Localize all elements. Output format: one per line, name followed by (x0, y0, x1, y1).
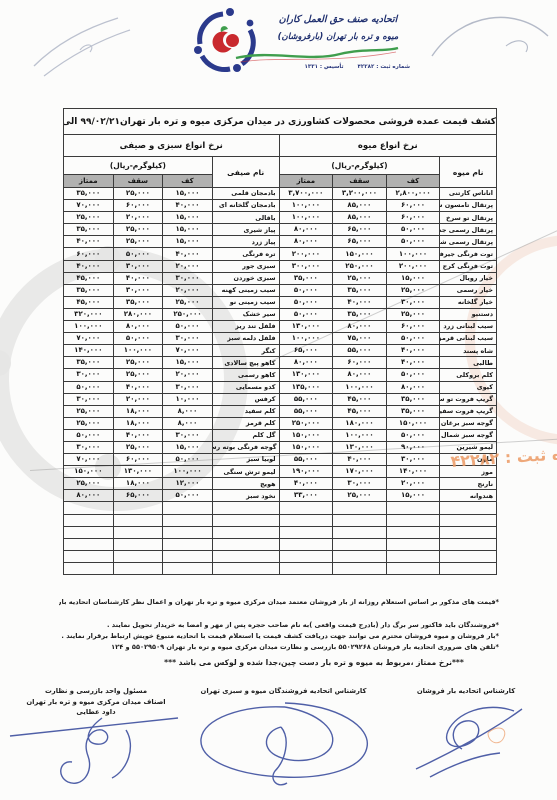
fruit-floor-cell: ۵۰,۰۰۰ (386, 333, 440, 345)
fruit-premium-cell: ۵۵,۰۰۰ (279, 405, 333, 417)
fruit-premium-cell (279, 526, 333, 538)
fruit-name-cell: پرتقال تو سرخ (440, 212, 497, 224)
fruit-ceiling-cell (333, 502, 387, 514)
veg-ceiling-cell: ۱۸,۰۰۰ (113, 478, 163, 490)
veg-floor-cell: ۳۰,۰۰۰ (163, 272, 213, 284)
veg-premium-cell: ۲۵,۰۰۰ (64, 212, 114, 224)
veg-ceiling-cell: ۲۸۰,۰۰۰ (113, 308, 163, 320)
fruit-floor-header: کف (386, 175, 440, 188)
veg-name-cell: فلفل دلمه سبز (212, 333, 279, 345)
veg-ceiling-cell: ۲۵,۰۰۰ (113, 357, 163, 369)
pen-scrawl (428, 2, 554, 72)
veg-ceiling-cell (113, 502, 163, 514)
veg-floor-cell (163, 562, 213, 574)
veg-premium-cell: ۷۰,۰۰۰ (64, 200, 114, 212)
established-year: تأسیس : ۱۳۳۱ (305, 64, 344, 70)
veg-name-cell: کنگر (212, 345, 279, 357)
veg-floor-cell: ۸,۰۰۰ (163, 405, 213, 417)
fruit-ceiling-cell (333, 550, 387, 562)
fruit-premium-header: ممتاز (279, 175, 333, 188)
veg-name-cell: بادمجان قلمی (212, 188, 279, 200)
fruit-premium-cell (279, 502, 333, 514)
fruit-ceiling-cell: ۸۰,۰۰۰ (333, 369, 387, 381)
fruit-premium-cell: ۳۳,۰۰۰ (279, 490, 333, 502)
veg-unit-label: (کیلوگرم-ریال) (64, 157, 213, 175)
veg-floor-cell (163, 526, 213, 538)
fruit-floor-cell: ۱۵۰,۰۰۰ (386, 417, 440, 429)
table-row (64, 538, 497, 550)
veg-premium-cell: ۴۵,۰۰۰ (64, 272, 114, 284)
veg-floor-cell: ۳۰,۰۰۰ (163, 381, 213, 393)
fruit-premium-cell: ۱۰۰,۰۰۰ (279, 333, 333, 345)
veg-premium-cell: ۱۵۰,۰۰۰ (64, 466, 114, 478)
fruit-ceiling-cell: ۴۰,۰۰۰ (333, 296, 387, 308)
fruit-ceiling-cell: ۸۵,۰۰۰ (333, 212, 387, 224)
fruit-premium-cell (279, 538, 333, 550)
veg-floor-cell: ۳۰,۰۰۰ (163, 333, 213, 345)
fruit-floor-cell (386, 514, 440, 526)
veg-floor-cell: ۲۵,۰۰۰ (163, 296, 213, 308)
fruit-name-cell: گریپ فروت تو سرخ (440, 393, 497, 405)
veg-floor-cell: ۵۰,۰۰۰ (163, 454, 213, 466)
org-name-line1: اتحادیه صنف حق العمل کاران (268, 14, 408, 25)
fruit-ceiling-cell: ۳۰,۰۰۰ (333, 478, 387, 490)
veg-ceiling-cell: ۸۰,۰۰۰ (113, 321, 163, 333)
veg-name-cell: کرفس (212, 393, 279, 405)
veg-name-cell (212, 562, 279, 574)
veg-premium-cell: ۳۰,۰۰۰ (64, 441, 114, 453)
veg-premium-cell: ۳۰,۰۰۰ (64, 369, 114, 381)
signature-caption-line2: اصناف میدان مرکزی میوه و تره بار تهران (16, 697, 176, 708)
fruit-name-cell: کیوی (440, 381, 497, 393)
veg-premium-cell (64, 550, 114, 562)
signature-block-right: کارشناس اتحادیه بار فروشان (391, 686, 541, 798)
fruit-name-cell: کلم بروکلی (440, 369, 497, 381)
veg-ceiling-cell: ۲۵,۰۰۰ (113, 369, 163, 381)
fruit-name-cell: گریپ فروت سفید (440, 405, 497, 417)
fruit-name-cell: پرتقال رسمی شمال (440, 236, 497, 248)
veg-premium-cell: ۳۵,۰۰۰ (64, 188, 114, 200)
fruit-premium-cell: ۸۰,۰۰۰ (279, 357, 333, 369)
table-row (64, 526, 497, 538)
footnotes: *قیمت های مذکور بر اساس استعلام روزانه ا… (59, 597, 499, 668)
table-row: هندوانه۱۵,۰۰۰۲۵,۰۰۰۳۳,۰۰۰نخود سبز۵۰,۰۰۰۶… (64, 490, 497, 502)
fruit-name-cell: طالبی (440, 357, 497, 369)
table-row: پرتقال تو سرخ۶۰,۰۰۰۸۵,۰۰۰۱۰۰,۰۰۰باقالی۱۵… (64, 212, 497, 224)
fruit-premium-cell: ۱۰۰,۰۰۰ (279, 200, 333, 212)
fruit-premium-cell: ۲۵۰,۰۰۰ (279, 417, 333, 429)
veg-floor-cell: ۱۵,۰۰۰ (163, 224, 213, 236)
veg-floor-cell (163, 502, 213, 514)
veg-name-cell: لوبیا سبز (212, 454, 279, 466)
fruit-ceiling-cell: ۱۳۰,۰۰۰ (333, 441, 387, 453)
veg-ceiling-cell: ۴۰,۰۰۰ (113, 381, 163, 393)
fruit-premium-cell: ۵۵,۰۰۰ (279, 454, 333, 466)
fruit-premium-cell: ۱۳۵,۰۰۰ (279, 381, 333, 393)
fruit-name-cell: دستنبو (440, 308, 497, 320)
document-title: کشف قیمت عمده فروشی محصولات کشاورزی در م… (64, 109, 497, 135)
veg-ceiling-cell: ۲۰,۰۰۰ (113, 212, 163, 224)
fruit-ceiling-cell: ۱۸۰,۰۰۰ (333, 417, 387, 429)
table-row: توت فرنگی جیرفت۱۰۰,۰۰۰۱۵۰,۰۰۰۲۰۰,۰۰۰تره … (64, 248, 497, 260)
veg-name-cell: کاهو پیچ سالادی (212, 357, 279, 369)
veg-premium-cell: ۷۰,۰۰۰ (64, 454, 114, 466)
veg-name-cell: سیب زمینی کهنه (212, 284, 279, 296)
veg-premium-cell (64, 514, 114, 526)
veg-name-cell: گوجه فرنگی بوته رس (212, 441, 279, 453)
veg-premium-cell (64, 502, 114, 514)
fruit-ceiling-cell: ۲۵,۰۰۰ (333, 272, 387, 284)
veg-floor-cell: ۳۰,۰۰۰ (163, 429, 213, 441)
veg-premium-cell: ۷۰,۰۰۰ (64, 333, 114, 345)
fruit-floor-cell: ۴۰,۰۰۰ (386, 345, 440, 357)
veg-ceiling-cell: ۳۰,۰۰۰ (113, 260, 163, 272)
fruit-name-cell: نارنج (440, 478, 497, 490)
veg-name-cell (212, 502, 279, 514)
veg-name-header: نام صیفی (212, 157, 279, 188)
fruit-floor-cell: ۳۵,۰۰۰ (386, 405, 440, 417)
veg-ceiling-cell (113, 514, 163, 526)
fruit-premium-cell: ۵۰,۰۰۰ (279, 296, 333, 308)
veg-premium-cell: ۳۵,۰۰۰ (64, 224, 114, 236)
veg-name-cell (212, 526, 279, 538)
veg-section-header: نرخ انواع سبزی و صیفی (64, 135, 280, 157)
veg-floor-cell: ۱۵,۰۰۰ (163, 212, 213, 224)
fruit-ceiling-cell: ۱۷۰,۰۰۰ (333, 466, 387, 478)
fruit-premium-cell: ۱۵۰,۰۰۰ (279, 429, 333, 441)
table-row: کلم بروکلی۵۰,۰۰۰۸۰,۰۰۰۱۳۰,۰۰۰کاهو رسمی۲۰… (64, 369, 497, 381)
veg-ceiling-cell: ۵۰,۰۰۰ (113, 248, 163, 260)
fruit-floor-cell: ۵۰,۰۰۰ (386, 224, 440, 236)
table-row: شاه پسند۴۰,۰۰۰۵۵,۰۰۰۶۵,۰۰۰کنگر۷۰,۰۰۰۱۰۰,… (64, 345, 497, 357)
org-name-line2: (بارفروشان) میوه و تره بار تهران (268, 32, 408, 43)
fruit-name-cell: گوجه سبز برغان (440, 417, 497, 429)
signature-area: کارشناس اتحادیه بار فروشان کارشناس اتحاد… (0, 686, 557, 798)
veg-ceiling-cell: ۶۰,۰۰۰ (113, 200, 163, 212)
fruit-floor-cell: ۱۰۰,۰۰۰ (386, 248, 440, 260)
fruit-premium-cell: ۲۰۰,۰۰۰ (279, 248, 333, 260)
fruit-premium-cell: ۳,۷۰۰,۰۰۰ (279, 188, 333, 200)
fruit-ceiling-cell: ۴۵,۰۰۰ (333, 405, 387, 417)
fruit-premium-cell: ۱۳۰,۰۰۰ (279, 321, 333, 333)
fruit-floor-cell: ۶۰,۰۰۰ (386, 200, 440, 212)
fruit-ceiling-cell: ۲۵۰,۰۰۰ (333, 260, 387, 272)
veg-name-cell: پیاز زرد (212, 236, 279, 248)
fruit-floor-cell (386, 550, 440, 562)
letterhead: اتحادیه صنف حق العمل کاران (بارفروشان) م… (190, 6, 410, 84)
fruit-floor-cell (386, 538, 440, 550)
veg-floor-cell: ۵۰,۰۰۰ (163, 321, 213, 333)
veg-premium-cell: ۴۵,۰۰۰ (64, 296, 114, 308)
fruit-premium-cell: ۱۵۰,۰۰۰ (279, 441, 333, 453)
fruit-name-cell: اناناس کارتنی (440, 188, 497, 200)
footnote-phones: *تلفن های ضروری اتحادیه بار فروشان ۵۵۰۲۹… (59, 642, 499, 653)
fruit-floor-cell: ۲,۸۰۰,۰۰۰ (386, 188, 440, 200)
fruit-name-cell: شاه پسند (440, 345, 497, 357)
veg-ceiling-cell: ۱۳۰,۰۰۰ (113, 466, 163, 478)
veg-ceiling-cell: ۲۵,۰۰۰ (113, 224, 163, 236)
veg-floor-cell (163, 550, 213, 562)
veg-floor-cell: ۲۰,۰۰۰ (163, 284, 213, 296)
veg-ceiling-cell: ۵۰,۰۰۰ (113, 333, 163, 345)
veg-ceiling-cell (113, 526, 163, 538)
veg-ceiling-cell (113, 538, 163, 550)
fruit-ceiling-cell: ۳,۲۰۰,۰۰۰ (333, 188, 387, 200)
fruit-floor-cell: ۲۵,۰۰۰ (386, 284, 440, 296)
fruit-ceiling-cell (333, 562, 387, 574)
veg-ceiling-cell: ۱۸,۰۰۰ (113, 417, 163, 429)
veg-floor-cell: ۸,۰۰۰ (163, 417, 213, 429)
fruit-name-cell: خیار رسمی (440, 284, 497, 296)
table-row (64, 514, 497, 526)
veg-name-cell: بادمجان گلخانه ای (212, 200, 279, 212)
veg-premium-cell: ۳۵,۰۰۰ (64, 357, 114, 369)
fruit-floor-cell: ۲۰,۰۰۰ (386, 478, 440, 490)
veg-ceiling-cell: ۱۸,۰۰۰ (113, 405, 163, 417)
veg-premium-cell: ۵۰,۰۰۰ (64, 381, 114, 393)
fruit-name-cell: توت فرنگی کرج (440, 260, 497, 272)
veg-name-cell: باقالی (212, 212, 279, 224)
fruit-floor-cell: ۵۰,۰۰۰ (386, 369, 440, 381)
fruit-premium-cell: ۳۵,۰۰۰ (279, 272, 333, 284)
veg-floor-cell: ۷۰,۰۰۰ (163, 345, 213, 357)
fruit-floor-cell: ۳۵,۰۰۰ (386, 393, 440, 405)
veg-premium-cell: ۳۲۰,۰۰۰ (64, 308, 114, 320)
fruit-name-cell: سیب لبنانی زرد (440, 321, 497, 333)
veg-premium-cell (64, 562, 114, 574)
fruit-ceiling-cell: ۶۵,۰۰۰ (333, 224, 387, 236)
footnote-contact: *بار فروشان و میوه فروشان محترم می توانن… (59, 631, 499, 642)
table-title-row: کشف قیمت عمده فروشی محصولات کشاورزی در م… (64, 109, 497, 135)
fruit-name-cell: پرتقال رسمی جنوب (440, 224, 497, 236)
veg-name-cell (212, 514, 279, 526)
veg-ceiling-cell (113, 562, 163, 574)
fruit-ceiling-cell: ۵۵,۰۰۰ (333, 345, 387, 357)
fruit-premium-cell (279, 550, 333, 562)
fruit-premium-cell: ۵۵,۰۰۰ (279, 393, 333, 405)
table-row: دستنبو۲۵,۰۰۰۳۵,۰۰۰۵۰,۰۰۰سیر خشک۲۵۰,۰۰۰۲۸… (64, 308, 497, 320)
fruit-name-cell (440, 502, 497, 514)
fruit-ceiling-cell: ۸۰,۰۰۰ (333, 321, 387, 333)
fruit-floor-cell: ۶۰,۰۰۰ (386, 212, 440, 224)
veg-premium-cell: ۱۴۰,۰۰۰ (64, 345, 114, 357)
fruit-ceiling-cell: ۴۰,۰۰۰ (333, 454, 387, 466)
fruit-ceiling-cell (333, 514, 387, 526)
veg-ceiling-header: سقف (113, 175, 163, 188)
fruit-floor-cell: ۸۰,۰۰۰ (386, 381, 440, 393)
fruit-ceiling-cell (333, 538, 387, 550)
veg-ceiling-cell: ۴۰,۰۰۰ (113, 272, 163, 284)
unit-header-row: نام میوه (کیلوگرم-ریال) نام صیفی (کیلوگر… (64, 157, 497, 175)
signature-block-middle: کارشناس اتحادیه فروشندگان میوه و سبزی ته… (189, 686, 379, 798)
price-table: کشف قیمت عمده فروشی محصولات کشاورزی در م… (63, 108, 497, 575)
registration-number: شماره ثبت : ۴۲۲۸۲ (358, 64, 410, 70)
veg-name-cell: هویج (212, 478, 279, 490)
fruit-premium-cell: ۱۰۰,۰۰۰ (279, 212, 333, 224)
veg-ceiling-cell: ۲۵,۰۰۰ (113, 236, 163, 248)
fruit-premium-cell: ۴۰,۰۰۰ (279, 478, 333, 490)
table-row: پرتقال رسمی جنوب۵۰,۰۰۰۶۵,۰۰۰۸۰,۰۰۰پیاز ش… (64, 224, 497, 236)
veg-name-cell: پیاز شیری (212, 224, 279, 236)
fruit-floor-cell (386, 502, 440, 514)
veg-premium-cell: ۸۰,۰۰۰ (64, 490, 114, 502)
fruit-floor-cell: ۲۵,۰۰۰ (386, 308, 440, 320)
table-row: پرتقال رسمی شمال۵۰,۰۰۰۶۵,۰۰۰۸۰,۰۰۰پیاز ز… (64, 236, 497, 248)
veg-name-cell: نخود سبز (212, 490, 279, 502)
veg-ceiling-cell: ۶۵,۰۰۰ (113, 490, 163, 502)
fruit-floor-cell: ۱۵,۰۰۰ (386, 272, 440, 284)
column-header-row: کف سقف ممتاز کف سقف ممتاز (64, 175, 497, 188)
veg-name-cell: تره فرنگی (212, 248, 279, 260)
fruit-premium-cell: ۸۰,۰۰۰ (279, 224, 333, 236)
fruit-floor-cell: ۱۵,۰۰۰ (386, 490, 440, 502)
table-row: خیار رسمی۲۵,۰۰۰۳۵,۰۰۰۵۰,۰۰۰سیب زمینی کهن… (64, 284, 497, 296)
fruit-section-header: نرخ انواع میوه (279, 135, 496, 157)
fruit-floor-cell: ۵۰,۰۰۰ (386, 429, 440, 441)
veg-floor-cell: ۴۰,۰۰۰ (163, 248, 213, 260)
table-row: پرتقال تامسون شمال۶۰,۰۰۰۸۵,۰۰۰۱۰۰,۰۰۰باد… (64, 200, 497, 212)
veg-ceiling-cell: ۳۵,۰۰۰ (113, 296, 163, 308)
fruit-name-header: نام میوه (440, 157, 497, 188)
fruit-premium-cell (279, 514, 333, 526)
veg-name-cell: لیمو ترش سنگی (212, 466, 279, 478)
veg-ceiling-cell: ۲۵,۰۰۰ (113, 441, 163, 453)
veg-name-cell: سبزی جور (212, 260, 279, 272)
fruit-ceiling-cell: ۸۵,۰۰۰ (333, 200, 387, 212)
table-row: نارنج۲۰,۰۰۰۳۰,۰۰۰۴۰,۰۰۰هویج۱۲,۰۰۰۱۸,۰۰۰۲… (64, 478, 497, 490)
fruit-premium-cell: ۸۰,۰۰۰ (279, 236, 333, 248)
table-row (64, 562, 497, 574)
veg-floor-cell: ۱۲,۰۰۰ (163, 478, 213, 490)
fruit-ceiling-cell: ۴۵,۰۰۰ (333, 393, 387, 405)
table-row: توت فرنگی کرج۲۰۰,۰۰۰۲۵۰,۰۰۰۳۰۰,۰۰۰سبزی ج… (64, 260, 497, 272)
veg-name-cell: کدو مسمایی (212, 381, 279, 393)
table-row: سیب لبنانی زرد۶۰,۰۰۰۸۰,۰۰۰۱۳۰,۰۰۰فلفل تن… (64, 321, 497, 333)
signature-scribble (189, 697, 379, 793)
fruit-premium-cell (279, 562, 333, 574)
fruit-name-cell: توت فرنگی جیرفت (440, 248, 497, 260)
fruit-name-cell: هندوانه (440, 490, 497, 502)
table-row (64, 502, 497, 514)
fruit-ceiling-cell: ۳۵,۰۰۰ (333, 308, 387, 320)
fruit-floor-cell: ۲۰۰,۰۰۰ (386, 260, 440, 272)
table-row (64, 550, 497, 562)
veg-floor-cell: ۱۵,۰۰۰ (163, 357, 213, 369)
fruit-name-cell: گوجه سبز شمال (440, 429, 497, 441)
fruit-ceiling-cell: ۲۵,۰۰۰ (333, 490, 387, 502)
veg-premium-cell: ۴۰,۰۰۰ (64, 260, 114, 272)
veg-floor-cell: ۲۵۰,۰۰۰ (163, 308, 213, 320)
fruit-floor-cell: ۹۰,۰۰۰ (386, 441, 440, 453)
fruit-ceiling-cell: ۷۵,۰۰۰ (333, 333, 387, 345)
fruit-ceiling-cell: ۶۰,۰۰۰ (333, 357, 387, 369)
veg-floor-cell: ۲۰,۰۰۰ (163, 369, 213, 381)
fruit-ceiling-cell: ۱۰۰,۰۰۰ (333, 429, 387, 441)
fruit-unit-label: (کیلوگرم-ریال) (279, 157, 440, 175)
fruit-name-cell: خیار گلخانه (440, 296, 497, 308)
fruit-premium-cell: ۵۰,۰۰۰ (279, 284, 333, 296)
veg-floor-header: کف (163, 175, 213, 188)
veg-floor-cell (163, 538, 213, 550)
veg-premium-header: ممتاز (64, 175, 114, 188)
veg-ceiling-cell (113, 550, 163, 562)
signature-scribble (6, 712, 186, 798)
signature-scribble (396, 697, 536, 789)
fruit-premium-cell: ۱۹۰,۰۰۰ (279, 466, 333, 478)
veg-premium-cell: ۲۵,۰۰۰ (64, 417, 114, 429)
veg-name-cell: سیب زمینی نو (212, 296, 279, 308)
veg-floor-cell: ۱۰۰,۰۰۰ (163, 466, 213, 478)
fruit-ceiling-cell: ۳۵,۰۰۰ (333, 284, 387, 296)
veg-premium-cell (64, 538, 114, 550)
veg-floor-cell: ۲۰,۰۰۰ (163, 260, 213, 272)
veg-name-cell: کلم سفید (212, 405, 279, 417)
veg-name-cell: گل کلم (212, 429, 279, 441)
table-row: سیب لبنانی قرمز۵۰,۰۰۰۷۵,۰۰۰۱۰۰,۰۰۰فلفل د… (64, 333, 497, 345)
fruit-name-cell (440, 562, 497, 574)
pen-scrawl (26, 6, 146, 84)
table-row: گوجه سبز برغان۱۵۰,۰۰۰۱۸۰,۰۰۰۲۵۰,۰۰۰کلم ق… (64, 417, 497, 429)
veg-ceiling-cell: ۲۵,۰۰۰ (113, 188, 163, 200)
veg-premium-cell: ۴۰,۰۰۰ (64, 236, 114, 248)
fruit-name-cell: پرتقال تامسون شمال (440, 200, 497, 212)
table-row: خیار گلخانه۳۰,۰۰۰۴۰,۰۰۰۵۰,۰۰۰سیب زمینی ن… (64, 296, 497, 308)
signature-caption-line1: مسئول واحد بازرسی و نظارت (16, 686, 176, 697)
fruit-floor-cell (386, 526, 440, 538)
fruit-ceiling-header: سقف (333, 175, 387, 188)
fruit-name-cell: سیب لبنانی قرمز (440, 333, 497, 345)
veg-ceiling-cell: ۳۰,۰۰۰ (113, 284, 163, 296)
veg-floor-cell: ۱۰,۰۰۰ (163, 393, 213, 405)
fruit-floor-cell: ۴۰,۰۰۰ (386, 357, 440, 369)
fruit-ceiling-cell: ۱۵۰,۰۰۰ (333, 248, 387, 260)
veg-ceiling-cell: ۴۰,۰۰۰ (113, 429, 163, 441)
footnote-invoice: *فروشندگان باید فاکتور سر برگ دار (بادرج… (59, 620, 499, 631)
table-row: لیمو شیرین۹۰,۰۰۰۱۳۰,۰۰۰۱۵۰,۰۰۰گوجه فرنگی… (64, 441, 497, 453)
veg-name-cell: کاهو رسمی (212, 369, 279, 381)
veg-floor-cell: ۱۵,۰۰۰ (163, 236, 213, 248)
veg-name-cell: سیر خشک (212, 308, 279, 320)
fruit-premium-cell: ۱۳۰,۰۰۰ (279, 369, 333, 381)
price-table-body: اناناس کارتنی۲,۸۰۰,۰۰۰۳,۲۰۰,۰۰۰۳,۷۰۰,۰۰۰… (64, 188, 497, 575)
fruit-name-cell (440, 538, 497, 550)
footnote-source: *قیمت های مذکور بر اساس استعلام روزانه ا… (59, 597, 499, 608)
signature-caption: کارشناس اتحادیه بار فروشان (391, 686, 541, 697)
veg-premium-cell: ۱۰۰,۰۰۰ (64, 321, 114, 333)
fruit-ceiling-cell: ۶۵,۰۰۰ (333, 236, 387, 248)
fruit-floor-cell: ۵۰,۰۰۰ (386, 236, 440, 248)
veg-floor-cell: ۴۰,۰۰۰ (163, 200, 213, 212)
table-row: طالبی۴۰,۰۰۰۶۰,۰۰۰۸۰,۰۰۰کاهو پیچ سالادی۱۵… (64, 357, 497, 369)
table-row: خیار رویال۱۵,۰۰۰۲۵,۰۰۰۳۵,۰۰۰سبزی خوردن۳۰… (64, 272, 497, 284)
veg-floor-cell: ۱۵,۰۰۰ (163, 441, 213, 453)
fruit-name-cell: خیار رویال (440, 272, 497, 284)
table-row: گریپ فروت سفید۳۵,۰۰۰۴۵,۰۰۰۵۵,۰۰۰کلم سفید… (64, 405, 497, 417)
veg-premium-cell (64, 526, 114, 538)
veg-floor-cell (163, 514, 213, 526)
fruit-floor-cell: ۶۰,۰۰۰ (386, 321, 440, 333)
fruit-floor-cell (386, 562, 440, 574)
veg-premium-cell: ۲۵,۰۰۰ (64, 478, 114, 490)
footnote-premium-definition: ***نرخ ممتاز ،مربوط به میوه و تره بار دس… (59, 657, 499, 668)
veg-name-cell: فلفل تند ریز (212, 321, 279, 333)
signature-block-left: مسئول واحد بازرسی و نظارت اصناف میدان مر… (16, 686, 176, 798)
fruit-name-cell (440, 514, 497, 526)
veg-premium-cell: ۶۰,۰۰۰ (64, 248, 114, 260)
veg-name-cell: سبزی خوردن (212, 272, 279, 284)
section-header-row: نرخ انواع میوه نرخ انواع سبزی و صیفی (64, 135, 497, 157)
fruit-premium-cell: ۵۰,۰۰۰ (279, 308, 333, 320)
